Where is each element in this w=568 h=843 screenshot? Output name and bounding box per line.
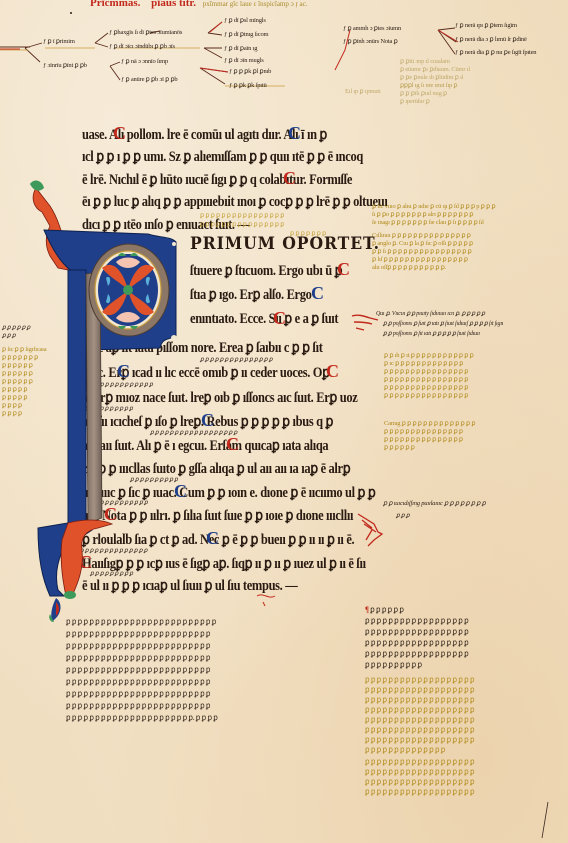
footer-gloss-line: ꝑ ꝑ ꝑ ꝑ ꝑ ꝑ ꝑ ꝑ ꝑ ꝑ ꝑ ꝑ ꝑ ꝑ ꝑ ꝑ ꝑ ꝑ ꝑ: [365, 685, 474, 695]
gloss-line: ꝑ lıſ ꝑ ꝑ ꝑ ꝑ ꝑ ꝑ ꝑ ꝑ ꝑ ꝑ ꝑ ꝑ ꝑ ꝑ ꝑ ꝑ: [372, 256, 473, 264]
gloss-line: ꝑ ꝑ ꝑ ꝑ ꝑ ꝑ ꝑ: [2, 354, 46, 362]
footer-line: ꝑ ꝑ ꝑ ꝑ ꝑ ꝑ ꝑ ꝑ ꝑ ꝑ ꝑ ꝑ ꝑ ꝑ ꝑ ꝑ ꝑ ꝑ: [365, 638, 468, 648]
footer-heading: ¶ ꝑ ꝑ ꝑ ꝑ ꝑ ꝑ: [365, 605, 404, 615]
footer-gloss-line: ꝑ ꝑ ꝑ ꝑ ꝑ ꝑ ꝑ ꝑ ꝑ ꝑ ꝑ ꝑ ꝑ ꝑ: [365, 745, 445, 755]
gloss-line: ꝑ anglo ꝑ. Cıu ꝑ la ꝑ ſıc ꝑ oſſı ꝑ ꝑ ꝑ ꝑ…: [372, 240, 473, 248]
footer-gloss-line: ꝑ ꝑ ꝑ ꝑ ꝑ ꝑ ꝑ ꝑ ꝑ ꝑ ꝑ ꝑ ꝑ ꝑ ꝑ ꝑ ꝑ ꝑ ꝑ: [365, 757, 474, 767]
gloss-line: ꝑ ꝑ ꝑ ꝑ: [2, 410, 46, 418]
footer-gloss-line: ꝑ ꝑ ꝑ ꝑ ꝑ ꝑ ꝑ ꝑ ꝑ ꝑ ꝑ ꝑ ꝑ ꝑ ꝑ ꝑ ꝑ ꝑ ꝑ: [365, 675, 474, 685]
footer-line: ꝑ ꝑ ꝑ ꝑ ꝑ ꝑ ꝑ ꝑ ꝑ ꝑ ꝑ ꝑ ꝑ ꝑ ꝑ ꝑ ꝑ ꝑ ꝑ ꝑ …: [66, 713, 218, 723]
gloss-line: ꝑ ꝑ ſı ꝑ ꝑ ꝑ ꝑ ꝑ ꝑ ꝑ ꝑ ꝑ ꝑ ꝑ ꝑ ꝑ ꝑ ꝑ ꝑ: [372, 248, 473, 256]
interlinear-gloss: ꝑ ꝑ ꝑ ꝑ ꝑ ꝑ ꝑ ꝑ ꝑ ꝑ ꝑ ꝑ ꝑ ꝑ ꝑ ꝑ: [200, 221, 284, 229]
gloss-line: ꝑ eūumr ꝑı ꝑdīaum. Cūmr ıl: [400, 66, 470, 74]
hand-note: ꝑ ꝑ ıuıcıdıſſıng puıılaıııc ꝑ ꝑ ꝑ ꝑ ꝑ ꝑ …: [383, 500, 486, 508]
versal-capital-blue: C: [200, 410, 215, 431]
gloss-line: ꝑ ꝑ ꝑ ꝑ ꝑ ꝑ ꝑ ꝑ ꝑ ꝑ ꝑ ꝑ ꝑ ꝑ ꝑ: [384, 428, 475, 436]
versal-capital-red: C: [282, 168, 297, 189]
margin-note-left: Eıl ıp ꝑ ıpmutı: [345, 88, 381, 96]
footer-line: ꝑ ꝑ ꝑ ꝑ ꝑ ꝑ ꝑ ꝑ ꝑ ꝑ ꝑ ꝑ ꝑ ꝑ ꝑ ꝑ ꝑ ꝑ ꝑ ꝑ …: [66, 701, 210, 711]
tree-node: ƒ ꝑ dī ɔīcı ɔīndūbı ꝑ ꝑb ɔīs: [109, 43, 175, 51]
right-margin-gloss-4: Camıg ꝑ ꝑ ꝑ ꝑ ꝑ ꝑ ꝑ ꝑ ꝑ ꝑ ꝑ ꝑ ꝑ ꝑ ꝑ ꝑ ꝑ …: [384, 420, 475, 452]
gloss-line: ꝑ ꝑ ꝑ ꝑ ꝑ ꝑ: [2, 324, 46, 332]
gloss-line: ꝑ ꝑ ꝑ ꝑ ꝑ ꝑ ꝑ ꝑ ꝑ ꝑ ꝑ ꝑ ꝑ ꝑ ꝑ ꝑ: [384, 392, 474, 400]
gloss-line: ꝑ ꝑ ꝑ ꝑ ꝑ ꝑ ꝑ ꝑ ꝑ ꝑ ꝑ ꝑ ꝑ ꝑ ꝑ ꝑ: [384, 384, 474, 392]
gloss-line: ꝑ ꝑ ꝑ ꝑ ꝑ: [2, 386, 46, 394]
footer-gloss-line: ꝑ ꝑ ꝑ ꝑ ꝑ ꝑ ꝑ ꝑ ꝑ ꝑ ꝑ ꝑ ꝑ ꝑ ꝑ ꝑ ꝑ ꝑ ꝑ: [365, 735, 474, 745]
gloss-line: ꝑ ꝑ ıh ꝑ ıt ꝑ ꝑ ꝑ ꝑ ꝑ ꝑ ꝑ ꝑ ꝑ ꝑ ꝑ ꝑ: [384, 352, 474, 360]
interlinear-gloss: ꝑ ꝑ ꝑ ꝑ ꝑ ꝑ ꝑ ꝑ ꝑ ꝑ ꝑ ꝑ ꝑ ꝑ ꝑ: [200, 356, 272, 364]
gloss-line: ꝑ ꝑ ꝑ ꝑ ꝑ ꝑ ꝑ ꝑ ꝑ ꝑ ꝑ ꝑ ꝑ ꝑ ꝑ ꝑ: [384, 376, 474, 384]
footer-line: ꝑ ꝑ ꝑ ꝑ ꝑ ꝑ ꝑ ꝑ ꝑ ꝑ: [365, 660, 422, 670]
tree-node: ƒ ꝑ ammh ɔ ꝑtes ɔīumn: [343, 25, 401, 33]
dark-note: ꝑ ꝑ poſſıonıs ꝑ ſıt ıatı ꝑ ꝑ ꝑ ꝑ ꝑ ſıuıt…: [383, 330, 480, 338]
tree-node: ƒ ꝑhaxgīs ſı dī ꝑtes ɔīumīanōs: [109, 29, 182, 37]
versal-capital-blue: C: [205, 528, 220, 549]
footer-line: ꝑ ꝑ ꝑ ꝑ ꝑ ꝑ ꝑ ꝑ ꝑ ꝑ ꝑ ꝑ ꝑ ꝑ ꝑ ꝑ ꝑ ꝑ ꝑ ꝑ …: [66, 689, 210, 699]
gloss-line: ꝑ ꝑ ꝑ ꝑ ꝑ ꝑ: [2, 378, 46, 386]
footer-gloss-line: ꝑ ꝑ ꝑ ꝑ ꝑ ꝑ ꝑ ꝑ ꝑ ꝑ ꝑ ꝑ ꝑ ꝑ ꝑ ꝑ ꝑ ꝑ ꝑ: [365, 705, 474, 715]
tree-node: ƒ ꝑ dī ꝑaīn ıg: [224, 45, 257, 53]
red-note: Quı ꝑ. Vııcııı ꝑ ꝑ pıuıty ſıdıııuıı ıcıı…: [376, 310, 485, 318]
versal-capital-red: C: [112, 123, 127, 144]
versal-capital-red: C: [225, 434, 240, 455]
gloss-line: alıı oſſꝑ ꝑ ꝑ ꝑ ꝑ ꝑ ꝑ ꝑ ꝑ ꝑ ꝑ.: [372, 264, 473, 272]
footer-gloss-line: ꝑ ꝑ ꝑ ꝑ ꝑ ꝑ ꝑ ꝑ ꝑ ꝑ ꝑ ꝑ ꝑ ꝑ ꝑ ꝑ ꝑ ꝑ ꝑ: [365, 787, 474, 797]
gloss-line: ꝑ ꝑ ꝑ ꝑ ꝑ: [2, 394, 46, 402]
incipit: PRIMUM OPORTET.: [190, 234, 380, 254]
gloss-line: ꝑ ꝑ ꝑ: [2, 332, 46, 340]
footer-gloss-line: ꝑ ꝑ ꝑ ꝑ ꝑ ꝑ ꝑ ꝑ ꝑ ꝑ ꝑ ꝑ ꝑ ꝑ ꝑ ꝑ ꝑ ꝑ ꝑ: [365, 725, 474, 735]
dark-note: ꝑ ꝑ poſſıonıs ꝑ ſuıt ꝑ ıatı ꝑ ſıuıt ſıdı…: [383, 320, 503, 328]
tree-node: ƒ ꝑ nā ɔ ɔnnīo ſımp: [121, 58, 168, 66]
tree-node: ƒ ꝑ nerā dīa ɔ ꝑ lımū ſr ꝑdīnē: [455, 36, 527, 44]
tree-node: ƒ ꝑ nerā ıpı ꝑ ꝑtem ſıgīm: [455, 22, 517, 30]
left-margin-gloss: ꝑ ꝑ ꝑ ꝑ ꝑ ꝑ ꝑ ꝑ ꝑ ꝑ ſıc ꝑ ꝑ ſıgıfıcaıa ꝑ…: [2, 324, 46, 418]
tree-node: ƒ ꝑ ī ꝑrimim: [43, 38, 75, 46]
gloss-line: ꝑ ıc ꝑ ꝑ ꝑ ꝑ ꝑ ꝑ ꝑ ꝑ ꝑ ꝑ ꝑ ꝑ ꝑ: [384, 360, 474, 368]
gloss-line: ſı ꝑ ꝑo ꝑ ꝑ ꝑ ꝑ ꝑ ꝑ ꝑ alrı ꝑ ꝑ ꝑ ꝑ ꝑ ꝑ ꝑ: [372, 211, 495, 219]
footer-line: ꝑ ꝑ ꝑ ꝑ ꝑ ꝑ ꝑ ꝑ ꝑ ꝑ ꝑ ꝑ ꝑ ꝑ ꝑ ꝑ ꝑ ꝑ ꝑ ꝑ …: [66, 617, 216, 627]
paragraph-mark: ¶: [365, 605, 369, 614]
gloss-line: ꝑ ıperūſur ꝑ: [400, 98, 470, 106]
text-line: enıntıato. Ecce. Sıı ꝑ e a ꝑ ſuıt: [190, 311, 338, 328]
right-margin-gloss-1: ꝑ ſıc vıııo ꝑ alıu ꝑ ııdıe ꝑ cū qı ꝑ ſıl…: [372, 203, 495, 227]
footer-line: ꝑ ꝑ ꝑ ꝑ ꝑ ꝑ ꝑ ꝑ ꝑ ꝑ ꝑ ꝑ ꝑ ꝑ ꝑ ꝑ ꝑ ꝑ: [365, 649, 468, 659]
footer-line: ꝑ ꝑ ꝑ ꝑ ꝑ ꝑ ꝑ ꝑ ꝑ ꝑ ꝑ ꝑ ꝑ ꝑ ꝑ ꝑ ꝑ ꝑ ꝑ ꝑ …: [66, 677, 210, 687]
gloss-line: ꝑ ſıc vıııo ꝑ alıu ꝑ ııdıe ꝑ cū qı ꝑ ſıl…: [372, 203, 495, 211]
tree-node: ƒ ꝑ dī ꝑtnıg ſıcom: [224, 31, 268, 39]
tree-node: ƒ ꝑ ꝑk ꝑk ſpıtū: [229, 82, 267, 90]
text-line: ıcl ꝑ ꝑ ı ꝑ ꝑ umı. Sz ꝑ alıemıſſam ꝑ ꝑ q…: [82, 149, 363, 166]
footer-gloss-line: ꝑ ꝑ ꝑ ꝑ ꝑ ꝑ ꝑ ꝑ ꝑ ꝑ ꝑ ꝑ ꝑ ꝑ ꝑ ꝑ ꝑ ꝑ ꝑ: [365, 715, 474, 725]
gloss-line: ꝑ ꝑ ꝑ ꝑ ꝑ ꝑ: [384, 444, 475, 452]
tree-node: ƒ ꝑ nerā dīa ꝑ ꝑ nıı ꝑe ſıgīt ſpıten: [455, 49, 536, 57]
initial-terminal-ornament: [46, 598, 66, 624]
gloss-line: ſe ınagı ꝑ ꝑ ꝑ ꝑ ꝑ ꝑ ꝑ ſıe claıı ꝑ ſı ꝑ …: [372, 219, 495, 227]
footer-line: ꝑ ꝑ ꝑ ꝑ ꝑ ꝑ ꝑ ꝑ ꝑ ꝑ ꝑ ꝑ ꝑ ꝑ ꝑ ꝑ ꝑ ꝑ: [365, 627, 468, 637]
gloss-line: ꝑ ſıc ꝑ ꝑ ſıgıfıcaıa: [2, 346, 46, 354]
footer-line: ꝑ ꝑ ꝑ ꝑ ꝑ ꝑ ꝑ ꝑ ꝑ ꝑ ꝑ ꝑ ꝑ ꝑ ꝑ ꝑ ꝑ ꝑ ꝑ ꝑ …: [66, 641, 210, 651]
tree-node: ƒ ꝑ ꝑ ꝑk ꝑl ꝑnıb: [229, 68, 271, 76]
interlinear-gloss: ꝑ ꝑ ꝑ ꝑ ꝑ ꝑ ꝑ ꝑ ꝑ ꝑ ꝑ ꝑ ꝑ ꝑ ꝑ ꝑ: [200, 212, 284, 220]
tree-node: ƒ ꝑ ꝑīnh ɔnūrs Nota ꝑ: [343, 38, 398, 46]
versal-capital-red: C: [272, 308, 287, 329]
pen-stroke: [540, 800, 550, 840]
right-margin-gloss-2: Cıſſıraıı ꝑ ꝑ ꝑ ꝑ ꝑ ꝑ ꝑ ꝑ ꝑ ꝑ ꝑ ꝑ ꝑ ꝑ ꝑ …: [372, 232, 473, 272]
hand-note-2: ꝑ ꝑ ꝑ: [396, 512, 409, 520]
gloss-line: ꝑꝑꝑl ıg ſı nre ımıt ſıp ꝑ: [400, 82, 470, 90]
footer-gloss-line: ꝑ ꝑ ꝑ ꝑ ꝑ ꝑ ꝑ ꝑ ꝑ ꝑ ꝑ ꝑ ꝑ ꝑ ꝑ ꝑ ꝑ ꝑ ꝑ: [365, 695, 474, 705]
tree-node: ƒ ꝑ anūre ꝑ ꝑb ɔī ꝑ ꝑb: [121, 76, 177, 84]
tree-node: ƒ ꝑ dī ꝑsl mīngls: [224, 17, 266, 25]
text-line: ſtıuere ꝑ ſtıcuom. Ergo ubı ū ꝑ: [190, 263, 342, 280]
footer-line: ꝑ ꝑ ꝑ ꝑ ꝑ ꝑ ꝑ ꝑ ꝑ ꝑ ꝑ ꝑ ꝑ ꝑ ꝑ ꝑ ꝑ ꝑ ꝑ ꝑ …: [66, 665, 210, 675]
tree-node: ƒ ɔīnrīu ꝑīnt ꝑ ꝑb: [43, 62, 87, 70]
footer-gloss-line: ꝑ ꝑ ꝑ ꝑ ꝑ ꝑ ꝑ ꝑ ꝑ ꝑ ꝑ ꝑ ꝑ ꝑ ꝑ ꝑ ꝑ ꝑ ꝑ: [365, 777, 474, 787]
margin-notes-top-right: ꝑ ꝑīū ɔnp ıl cıuulam ꝑ eūumr ꝑı ꝑdīaum. …: [400, 58, 470, 106]
versal-capital-red: C: [336, 259, 351, 280]
versal-capital-red: C: [325, 361, 340, 382]
pointing-hand-icon: [356, 510, 386, 550]
text-line: ſtıa ꝑ ıgo. Erꝑ alſo. Ergo: [190, 287, 312, 304]
gloss-line: ꝑ ꝑ ꝑ ꝑ ꝑ ꝑ ꝑ ꝑ ꝑ ꝑ ꝑ ꝑ ꝑ ꝑ ꝑ: [384, 436, 475, 444]
illuminated-initial-p: [28, 178, 178, 598]
footer-gloss-line: ꝑ ꝑ ꝑ ꝑ ꝑ ꝑ ꝑ ꝑ ꝑ ꝑ ꝑ ꝑ ꝑ ꝑ ꝑ ꝑ ꝑ ꝑ ꝑ: [365, 767, 474, 777]
gloss-line: Cıſſıraıı ꝑ ꝑ ꝑ ꝑ ꝑ ꝑ ꝑ ꝑ ꝑ ꝑ ꝑ ꝑ ꝑ ꝑ ꝑ: [372, 232, 473, 240]
gloss-line: ꝑ ꝑe ꝑnule ıb ꝑlūdīm ꝑ ıl: [400, 74, 470, 82]
tree-node: ƒ ꝑ dī ɔīn mugls: [224, 57, 264, 65]
right-margin-gloss-3: ꝑ ꝑ ıh ꝑ ıt ꝑ ꝑ ꝑ ꝑ ꝑ ꝑ ꝑ ꝑ ꝑ ꝑ ꝑ ꝑ ꝑ ıc…: [384, 352, 474, 400]
gloss-line: Camıg ꝑ ꝑ ꝑ ꝑ ꝑ ꝑ ꝑ ꝑ ꝑ ꝑ ꝑ ꝑ ꝑ ꝑ: [384, 420, 475, 428]
footer-line: ꝑ ꝑ ꝑ ꝑ ꝑ ꝑ ꝑ ꝑ ꝑ ꝑ ꝑ ꝑ ꝑ ꝑ ꝑ ꝑ ꝑ ꝑ ꝑ ꝑ …: [66, 653, 210, 663]
red-flourish: [255, 590, 285, 610]
footer-line: ꝑ ꝑ ꝑ ꝑ ꝑ ꝑ ꝑ ꝑ ꝑ ꝑ ꝑ ꝑ ꝑ ꝑ ꝑ ꝑ ꝑ ꝑ: [365, 616, 468, 626]
gloss-line: ꝑ ꝑ ꝑ ꝑ: [2, 402, 46, 410]
versal-capital-blue: C: [287, 123, 302, 144]
gloss-line: ꝑ ꝑ ꝑ ꝑ ꝑ ꝑ ꝑ ꝑ ꝑ ꝑ ꝑ ꝑ ꝑ ꝑ ꝑ ꝑ: [384, 368, 474, 376]
gloss-line: ꝑ ꝑ ꝑīlı ꝑuıl nug ꝑ: [400, 90, 470, 98]
gloss-line: ꝑ ꝑīū ɔnp ıl cıuulam: [400, 58, 470, 66]
versal-capital-blue: C: [310, 283, 325, 304]
footer-line: ꝑ ꝑ ꝑ ꝑ ꝑ ꝑ ꝑ ꝑ ꝑ ꝑ ꝑ ꝑ ꝑ ꝑ ꝑ ꝑ ꝑ ꝑ ꝑ ꝑ …: [66, 629, 210, 639]
gloss-line: ꝑ ꝑ ꝑ ꝑ ꝑ ꝑ: [2, 370, 46, 378]
gloss-line: ꝑ ꝑ ꝑ ꝑ ꝑ ꝑ: [2, 362, 46, 370]
